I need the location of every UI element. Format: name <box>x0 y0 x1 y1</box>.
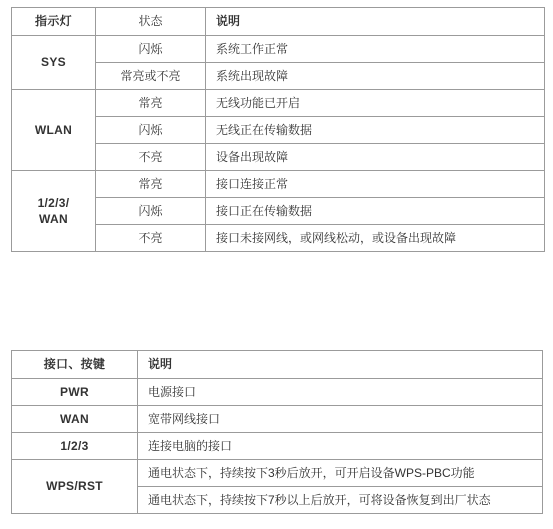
led-desc-cell: 系统出现故障 <box>206 63 545 90</box>
led-state-cell: 不亮 <box>96 225 206 252</box>
led-state-cell: 闪烁 <box>96 117 206 144</box>
led-header-description: 说明 <box>206 8 545 36</box>
led-state-cell: 闪烁 <box>96 36 206 63</box>
port-desc-cell: 通电状态下，持续按下7秒以上后放开，可将设备恢复到出厂状态 <box>138 487 543 514</box>
table-row: WLAN 常亮 无线功能已开启 <box>12 90 545 117</box>
led-header-indicator: 指示灯 <box>12 8 96 36</box>
port-name-wps-rst: WPS/RST <box>12 460 138 514</box>
port-header-row: 接口、按键 说明 <box>12 351 543 379</box>
led-desc-cell: 无线正在传输数据 <box>206 117 545 144</box>
port-name-pwr: PWR <box>12 379 138 406</box>
table-row: 1/2/3/ WAN 常亮 接口连接正常 <box>12 171 545 198</box>
table-row: WAN 宽带网线接口 <box>12 406 543 433</box>
port-name-lan: 1/2/3 <box>12 433 138 460</box>
port-desc-cell: 连接电脑的接口 <box>138 433 543 460</box>
page: { "led_table": { "headers": ["指示灯", "状态"… <box>0 0 553 529</box>
table-row: WPS/RST 通电状态下，持续按下3秒后放开，可开启设备WPS-PBC功能 <box>12 460 543 487</box>
led-desc-cell: 接口连接正常 <box>206 171 545 198</box>
led-state-cell: 常亮 <box>96 90 206 117</box>
port-desc-cell: 通电状态下，持续按下3秒后放开，可开启设备WPS-PBC功能 <box>138 460 543 487</box>
port-desc-cell: 宽带网线接口 <box>138 406 543 433</box>
table-row: PWR 电源接口 <box>12 379 543 406</box>
led-desc-cell: 无线功能已开启 <box>206 90 545 117</box>
port-button-table: 接口、按键 说明 PWR 电源接口 WAN 宽带网线接口 1/2/3 连接电脑的… <box>11 350 543 514</box>
table-row: 1/2/3 连接电脑的接口 <box>12 433 543 460</box>
led-desc-cell: 设备出现故障 <box>206 144 545 171</box>
led-desc-cell: 接口未接网线，或网线松动，或设备出现故障 <box>206 225 545 252</box>
led-group-lan-wan: 1/2/3/ WAN <box>12 171 96 252</box>
port-name-wan: WAN <box>12 406 138 433</box>
led-group-wlan: WLAN <box>12 90 96 171</box>
port-desc-cell: 电源接口 <box>138 379 543 406</box>
port-header-name: 接口、按键 <box>12 351 138 379</box>
led-group-sys: SYS <box>12 36 96 90</box>
led-header-status: 状态 <box>96 8 206 36</box>
led-header-row: 指示灯 状态 说明 <box>12 8 545 36</box>
led-indicator-table: 指示灯 状态 说明 SYS 闪烁 系统工作正常 常亮或不亮 系统出现故障 WLA… <box>11 7 545 252</box>
port-header-description: 说明 <box>138 351 543 379</box>
led-state-cell: 不亮 <box>96 144 206 171</box>
led-state-cell: 闪烁 <box>96 198 206 225</box>
led-state-cell: 常亮或不亮 <box>96 63 206 90</box>
table-row: SYS 闪烁 系统工作正常 <box>12 36 545 63</box>
led-state-cell: 常亮 <box>96 171 206 198</box>
led-desc-cell: 系统工作正常 <box>206 36 545 63</box>
led-desc-cell: 接口正在传输数据 <box>206 198 545 225</box>
